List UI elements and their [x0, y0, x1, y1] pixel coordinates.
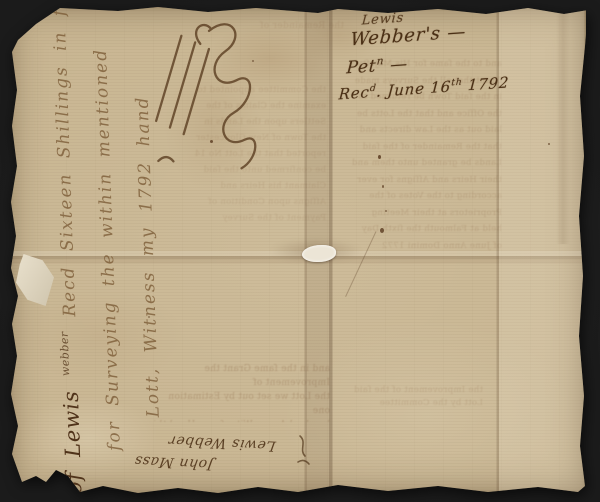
rotated-receipt-note: of Lewis webber Recd Sixteen Shillings i… — [34, 11, 177, 495]
ink-fleck — [382, 185, 384, 188]
ink-fleck — [210, 140, 213, 143]
fold-crease-right-edge — [556, 6, 570, 244]
endorsement-petition: Petn — — [346, 46, 510, 78]
document-paper-wrapper: the Remainder of and to the ſame for His… — [8, 6, 586, 494]
ink-fleck — [385, 210, 387, 212]
ink-squiggle — [296, 434, 312, 468]
photo-background: the Remainder of and to the ſame for His… — [0, 0, 600, 502]
ink-fleck — [252, 60, 254, 62]
endorsement-block: Lewis Webber's — Petn — Recd. June 16th … — [342, 3, 513, 103]
ink-fleck — [378, 155, 381, 159]
ink-fleck — [380, 228, 384, 233]
ink-fleck — [548, 143, 550, 145]
document-paper: the Remainder of and to the ſame for His… — [8, 6, 586, 494]
ink-fleck — [148, 316, 150, 318]
upside-down-signatures: John Mass Lewis Webber — [133, 428, 278, 479]
